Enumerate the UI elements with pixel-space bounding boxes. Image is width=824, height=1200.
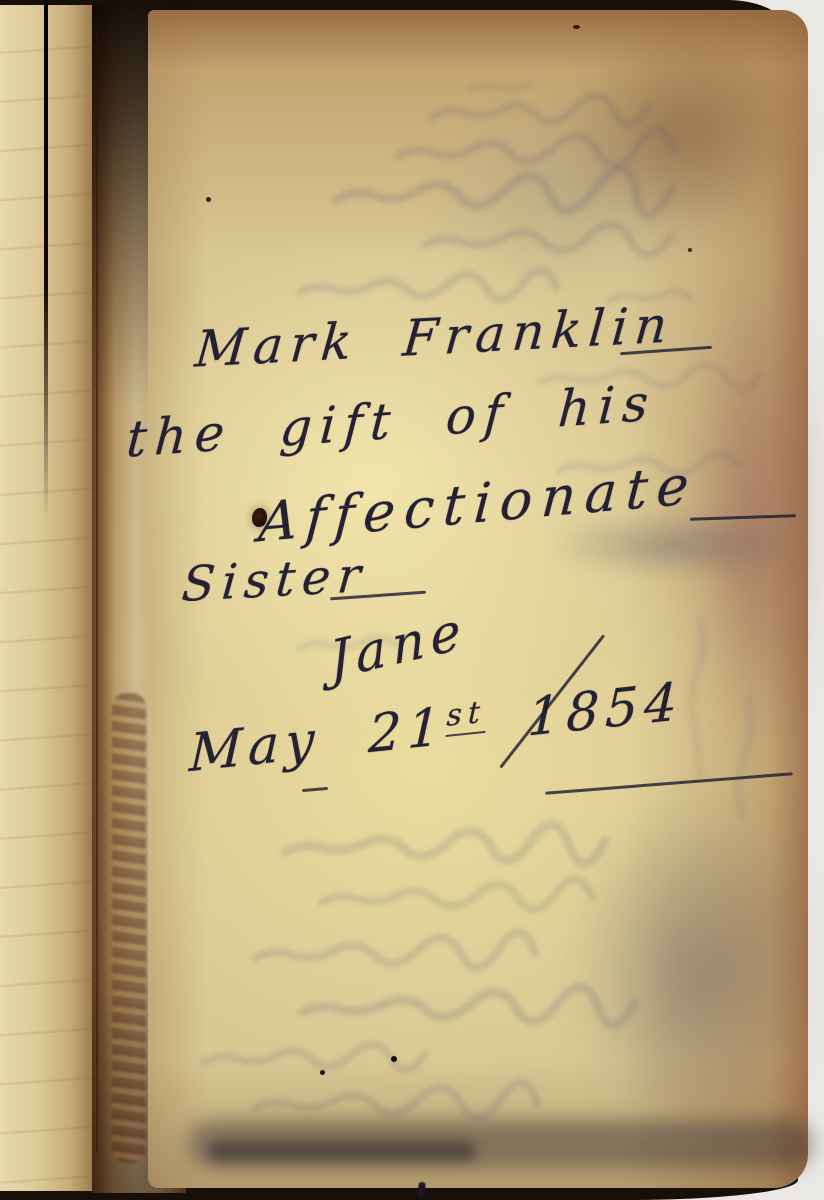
sister-text: Sister: [180, 547, 370, 613]
bleedthrough-ghost-writing: [0, 0, 824, 1200]
paper-speck: [391, 1056, 397, 1062]
paper-speck: [573, 25, 580, 29]
date-ordinal-text: st: [446, 694, 487, 736]
page-content-layer: Mark Franklin the gift of his Affectiona…: [0, 0, 824, 1200]
paper-speck: [206, 197, 211, 202]
inscription-line-sister: Sister: [180, 547, 370, 613]
photograph-of-book-inscription-page: Mark Franklin the gift of his Affectiona…: [0, 0, 824, 1200]
paper-speck: [320, 1070, 325, 1075]
paper-speck: [688, 248, 692, 252]
